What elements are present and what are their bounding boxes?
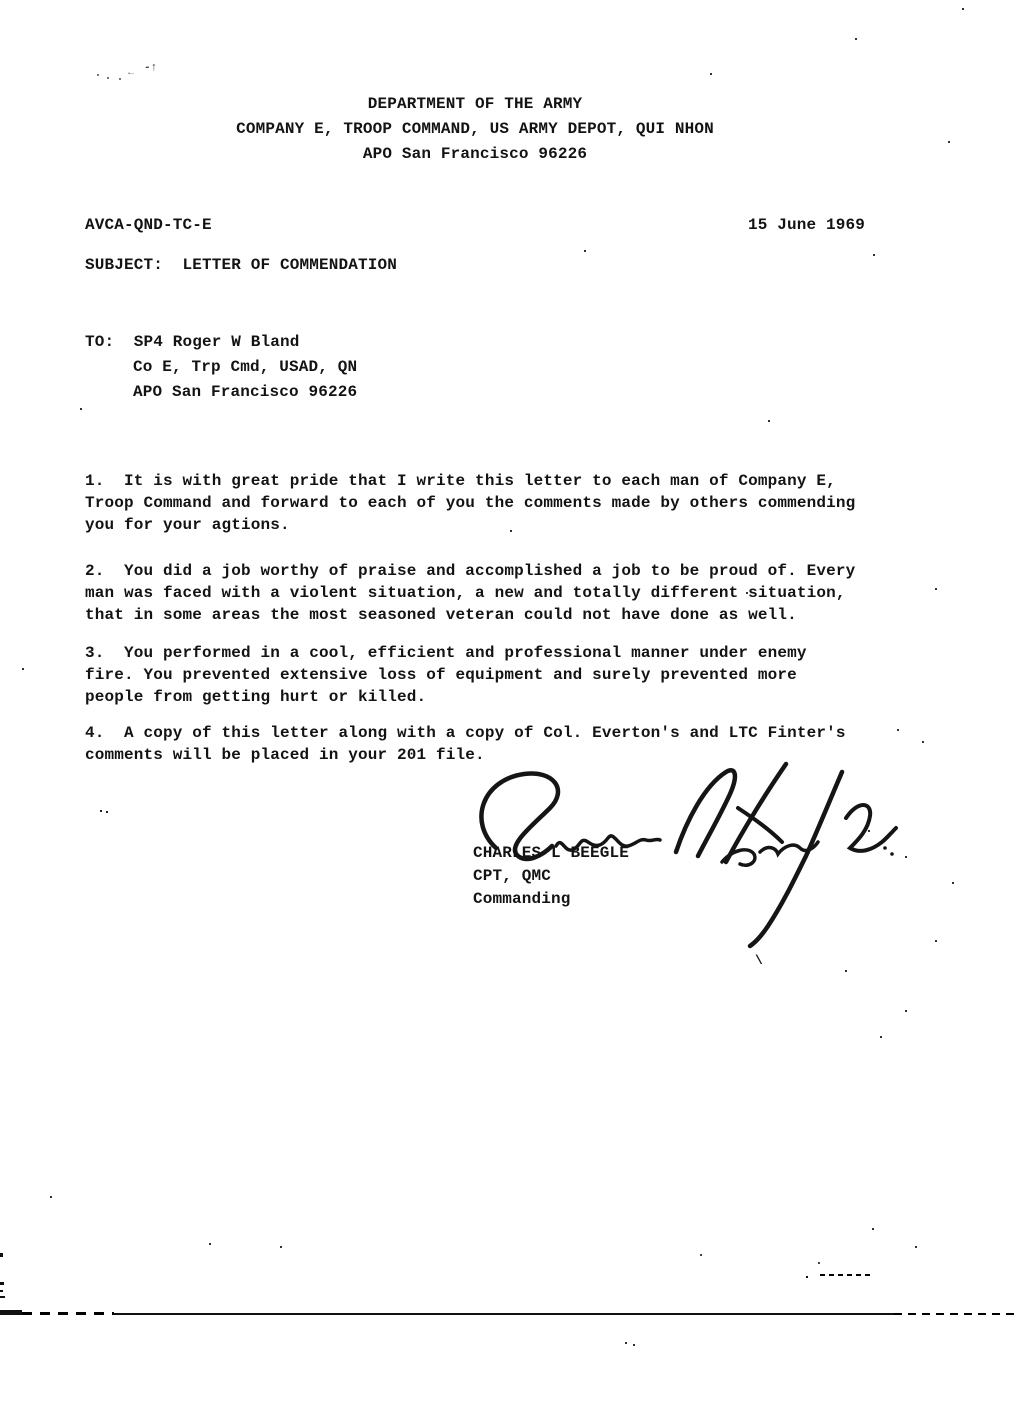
paragraph-3: 3. You performed in a cool, efficient an… xyxy=(85,642,807,708)
letterhead: DEPARTMENT OF THE ARMY COMPANY E, TROOP … xyxy=(0,92,950,167)
paragraph-2-line-1: 2. You did a job worthy of praise and ac… xyxy=(85,560,855,582)
paragraph-3-line-2: fire. You prevented extensive loss of eq… xyxy=(85,664,807,686)
edge-scan-mark xyxy=(0,1253,3,1257)
bottom-rule-dashed-left xyxy=(22,1312,114,1315)
paragraph-1-line-3: you for your agtions. xyxy=(85,514,855,536)
to-unit: Co E, Trp Cmd, USAD, QN xyxy=(133,355,357,380)
subject-line: SUBJECT: LETTER OF COMMENDATION xyxy=(85,254,397,276)
pencil-arrow-left-mark: ← xyxy=(128,68,134,79)
paragraph-2-line-3: that in some areas the most seasoned vet… xyxy=(85,604,855,626)
bottom-rule-dashed-right xyxy=(894,1313,1020,1315)
letterhead-unit: COMPANY E, TROOP COMMAND, US ARMY DEPOT,… xyxy=(0,117,950,142)
paragraph-2: 2. You did a job worthy of praise and ac… xyxy=(85,560,855,626)
stray-dash-marks xyxy=(820,1274,872,1276)
paragraph-1-line-2: Troop Command and forward to each of you… xyxy=(85,492,855,514)
paragraph-4-line-1: 4. A copy of this letter along with a co… xyxy=(85,722,846,744)
paragraph-1: 1. It is with great pride that I write t… xyxy=(85,470,855,536)
letterhead-apo: APO San Francisco 96226 xyxy=(0,142,950,167)
stray-double-dot xyxy=(100,810,102,812)
pencil-arrow-up-mark: -↑ xyxy=(144,62,157,74)
edge-scan-mark xyxy=(0,1290,3,1292)
edge-scan-mark xyxy=(0,1296,5,1298)
bottom-rule-solid xyxy=(114,1313,894,1315)
bottom-rule-left-block xyxy=(0,1310,22,1315)
stray-slash-mark: \ xyxy=(755,953,763,968)
signature-block: CHARLES L BEEGLE CPT, QMC Commanding xyxy=(473,842,629,911)
edge-scan-mark xyxy=(0,1282,4,1285)
reference-number: AVCA-QND-TC-E xyxy=(85,214,212,236)
letterhead-department: DEPARTMENT OF THE ARMY xyxy=(0,92,950,117)
stray-dot xyxy=(806,1276,808,1278)
paragraph-3-line-3: people from getting hurt or killed. xyxy=(85,686,807,708)
scan-noise-speckles xyxy=(0,0,2,2)
paragraph-3-line-1: 3. You performed in a cool, efficient an… xyxy=(85,642,807,664)
signature-rank-branch: CPT, QMC xyxy=(473,865,629,888)
signature-title: Commanding xyxy=(473,888,629,911)
paragraph-1-line-1: 1. It is with great pride that I write t… xyxy=(85,470,855,492)
to-apo: APO San Francisco 96226 xyxy=(133,380,357,405)
signature-typed-name: CHARLES L BEEGLE xyxy=(473,842,629,865)
letter-date: 15 June 1969 xyxy=(748,214,865,236)
to-recipient: TO: SP4 Roger W Bland xyxy=(85,330,300,355)
scanned-letter-page: { "letter": { "letterhead": { "line1": "… xyxy=(0,0,1020,1404)
paragraph-2-line-2: man was faced with a violent situation, … xyxy=(85,582,855,604)
